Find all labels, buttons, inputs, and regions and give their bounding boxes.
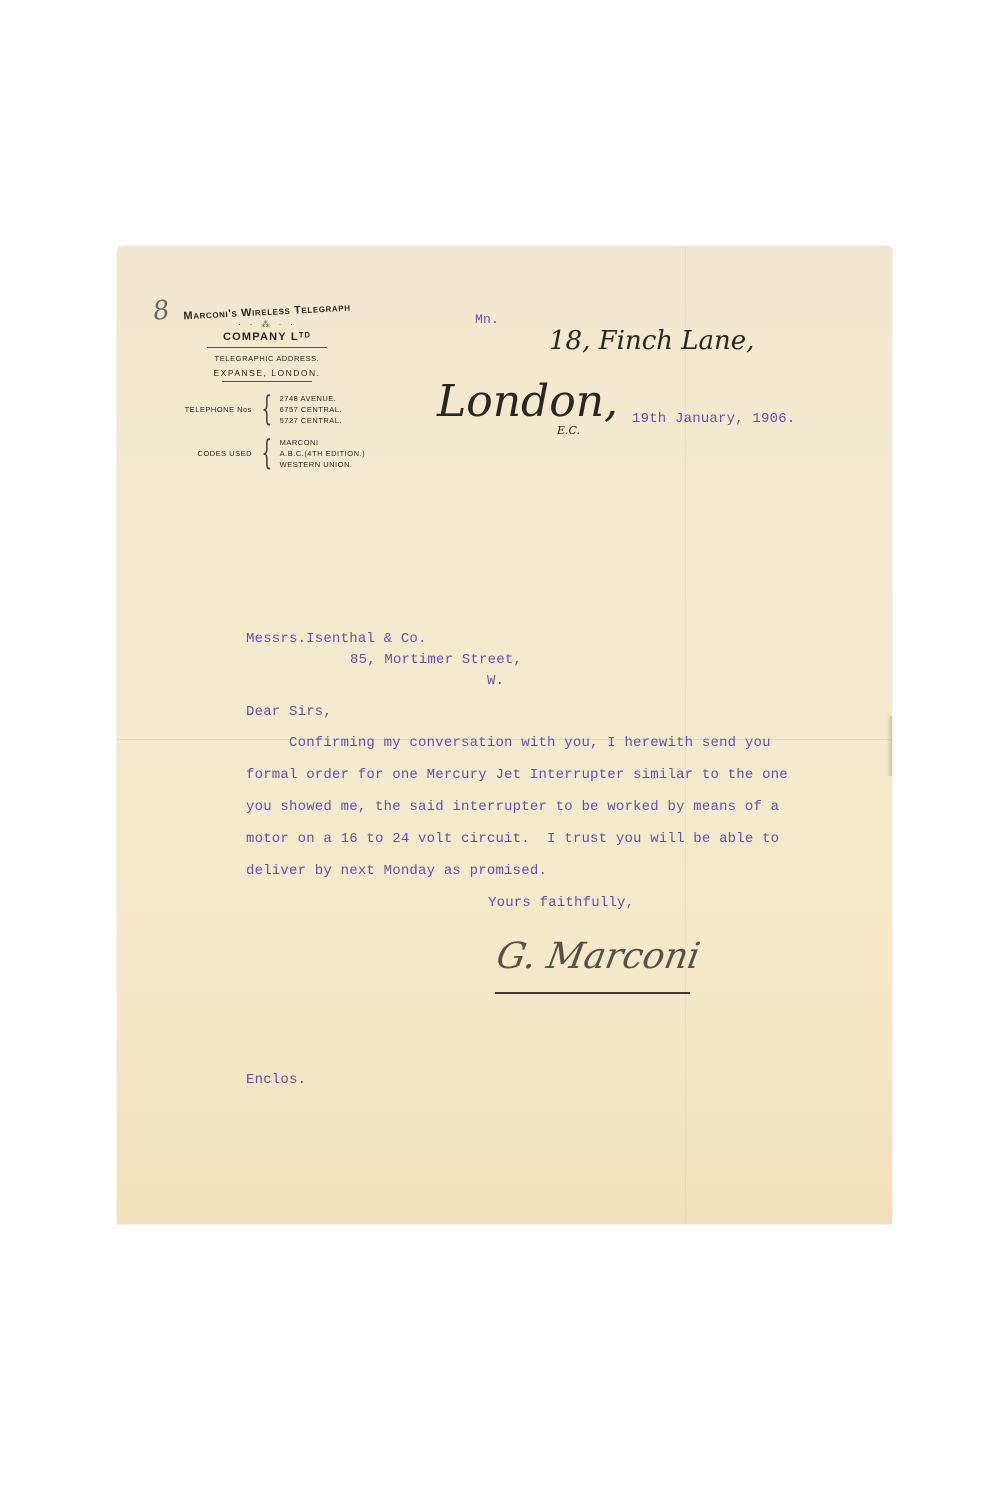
closing: Yours faithfully, xyxy=(488,895,634,911)
telephone-number: 6757 CENTRAL. xyxy=(280,404,342,415)
telegraphic-label: TELEGRAPHIC ADDRESS. xyxy=(157,354,377,363)
address-district: E.C. xyxy=(557,424,580,437)
telephone-label: TELEPHONE Nos xyxy=(157,405,256,414)
body-line: you showed me, the said interrupter to b… xyxy=(246,799,779,815)
salutation: Dear Sirs, xyxy=(246,704,332,720)
divider xyxy=(222,381,312,382)
brace-icon: { xyxy=(261,392,272,426)
codes-block: CODES USED { MARCONI A.B.C.(4TH EDITION.… xyxy=(157,436,377,470)
telephone-number: 5727 CENTRAL. xyxy=(280,415,342,426)
letterhead: Marconi's Wireless Telegraph · · ⁂ · · C… xyxy=(157,306,377,470)
letter-date: 19th January, 1906. xyxy=(632,411,795,427)
telephone-block: TELEPHONE Nos { 2748 AVENUE. 6757 CENTRA… xyxy=(157,392,377,426)
enclosure-note: Enclos. xyxy=(246,1072,306,1088)
code-item: WESTERN UNION. xyxy=(280,459,365,470)
recipient-name: Messrs.Isenthal & Co. xyxy=(246,631,427,647)
body-line: formal order for one Mercury Jet Interru… xyxy=(246,767,788,783)
signature: G. Marconi xyxy=(493,936,703,977)
body-line: deliver by next Monday as promised. xyxy=(246,863,547,879)
codes-label: CODES USED xyxy=(157,449,256,458)
brace-icon: { xyxy=(261,436,272,470)
telephone-number: 2748 AVENUE. xyxy=(280,393,342,404)
edge-stain xyxy=(887,716,892,776)
code-item: A.B.C.(4TH EDITION.) xyxy=(280,448,365,459)
telegraphic-address: EXPANSE, LONDON. xyxy=(157,368,377,378)
recipient-district: W. xyxy=(487,673,504,689)
address-street: 18, Finch Lane, xyxy=(549,326,754,356)
code-item: MARCONI xyxy=(280,437,365,448)
signature-underline xyxy=(495,992,690,994)
reference-mark: Mn. xyxy=(475,312,499,327)
address-city: London, xyxy=(437,376,618,427)
body-line: Confirming my conversation with you, I h… xyxy=(246,735,771,751)
divider xyxy=(207,347,327,348)
body-line: motor on a 16 to 24 volt circuit. I trus… xyxy=(246,831,779,847)
recipient-street: 85, Mortimer Street, xyxy=(350,652,522,668)
company-suffix: COMPANY Lᵀᴰ xyxy=(157,331,377,343)
letter-paper: 8 Marconi's Wireless Telegraph · · ⁂ · ·… xyxy=(117,246,892,1224)
